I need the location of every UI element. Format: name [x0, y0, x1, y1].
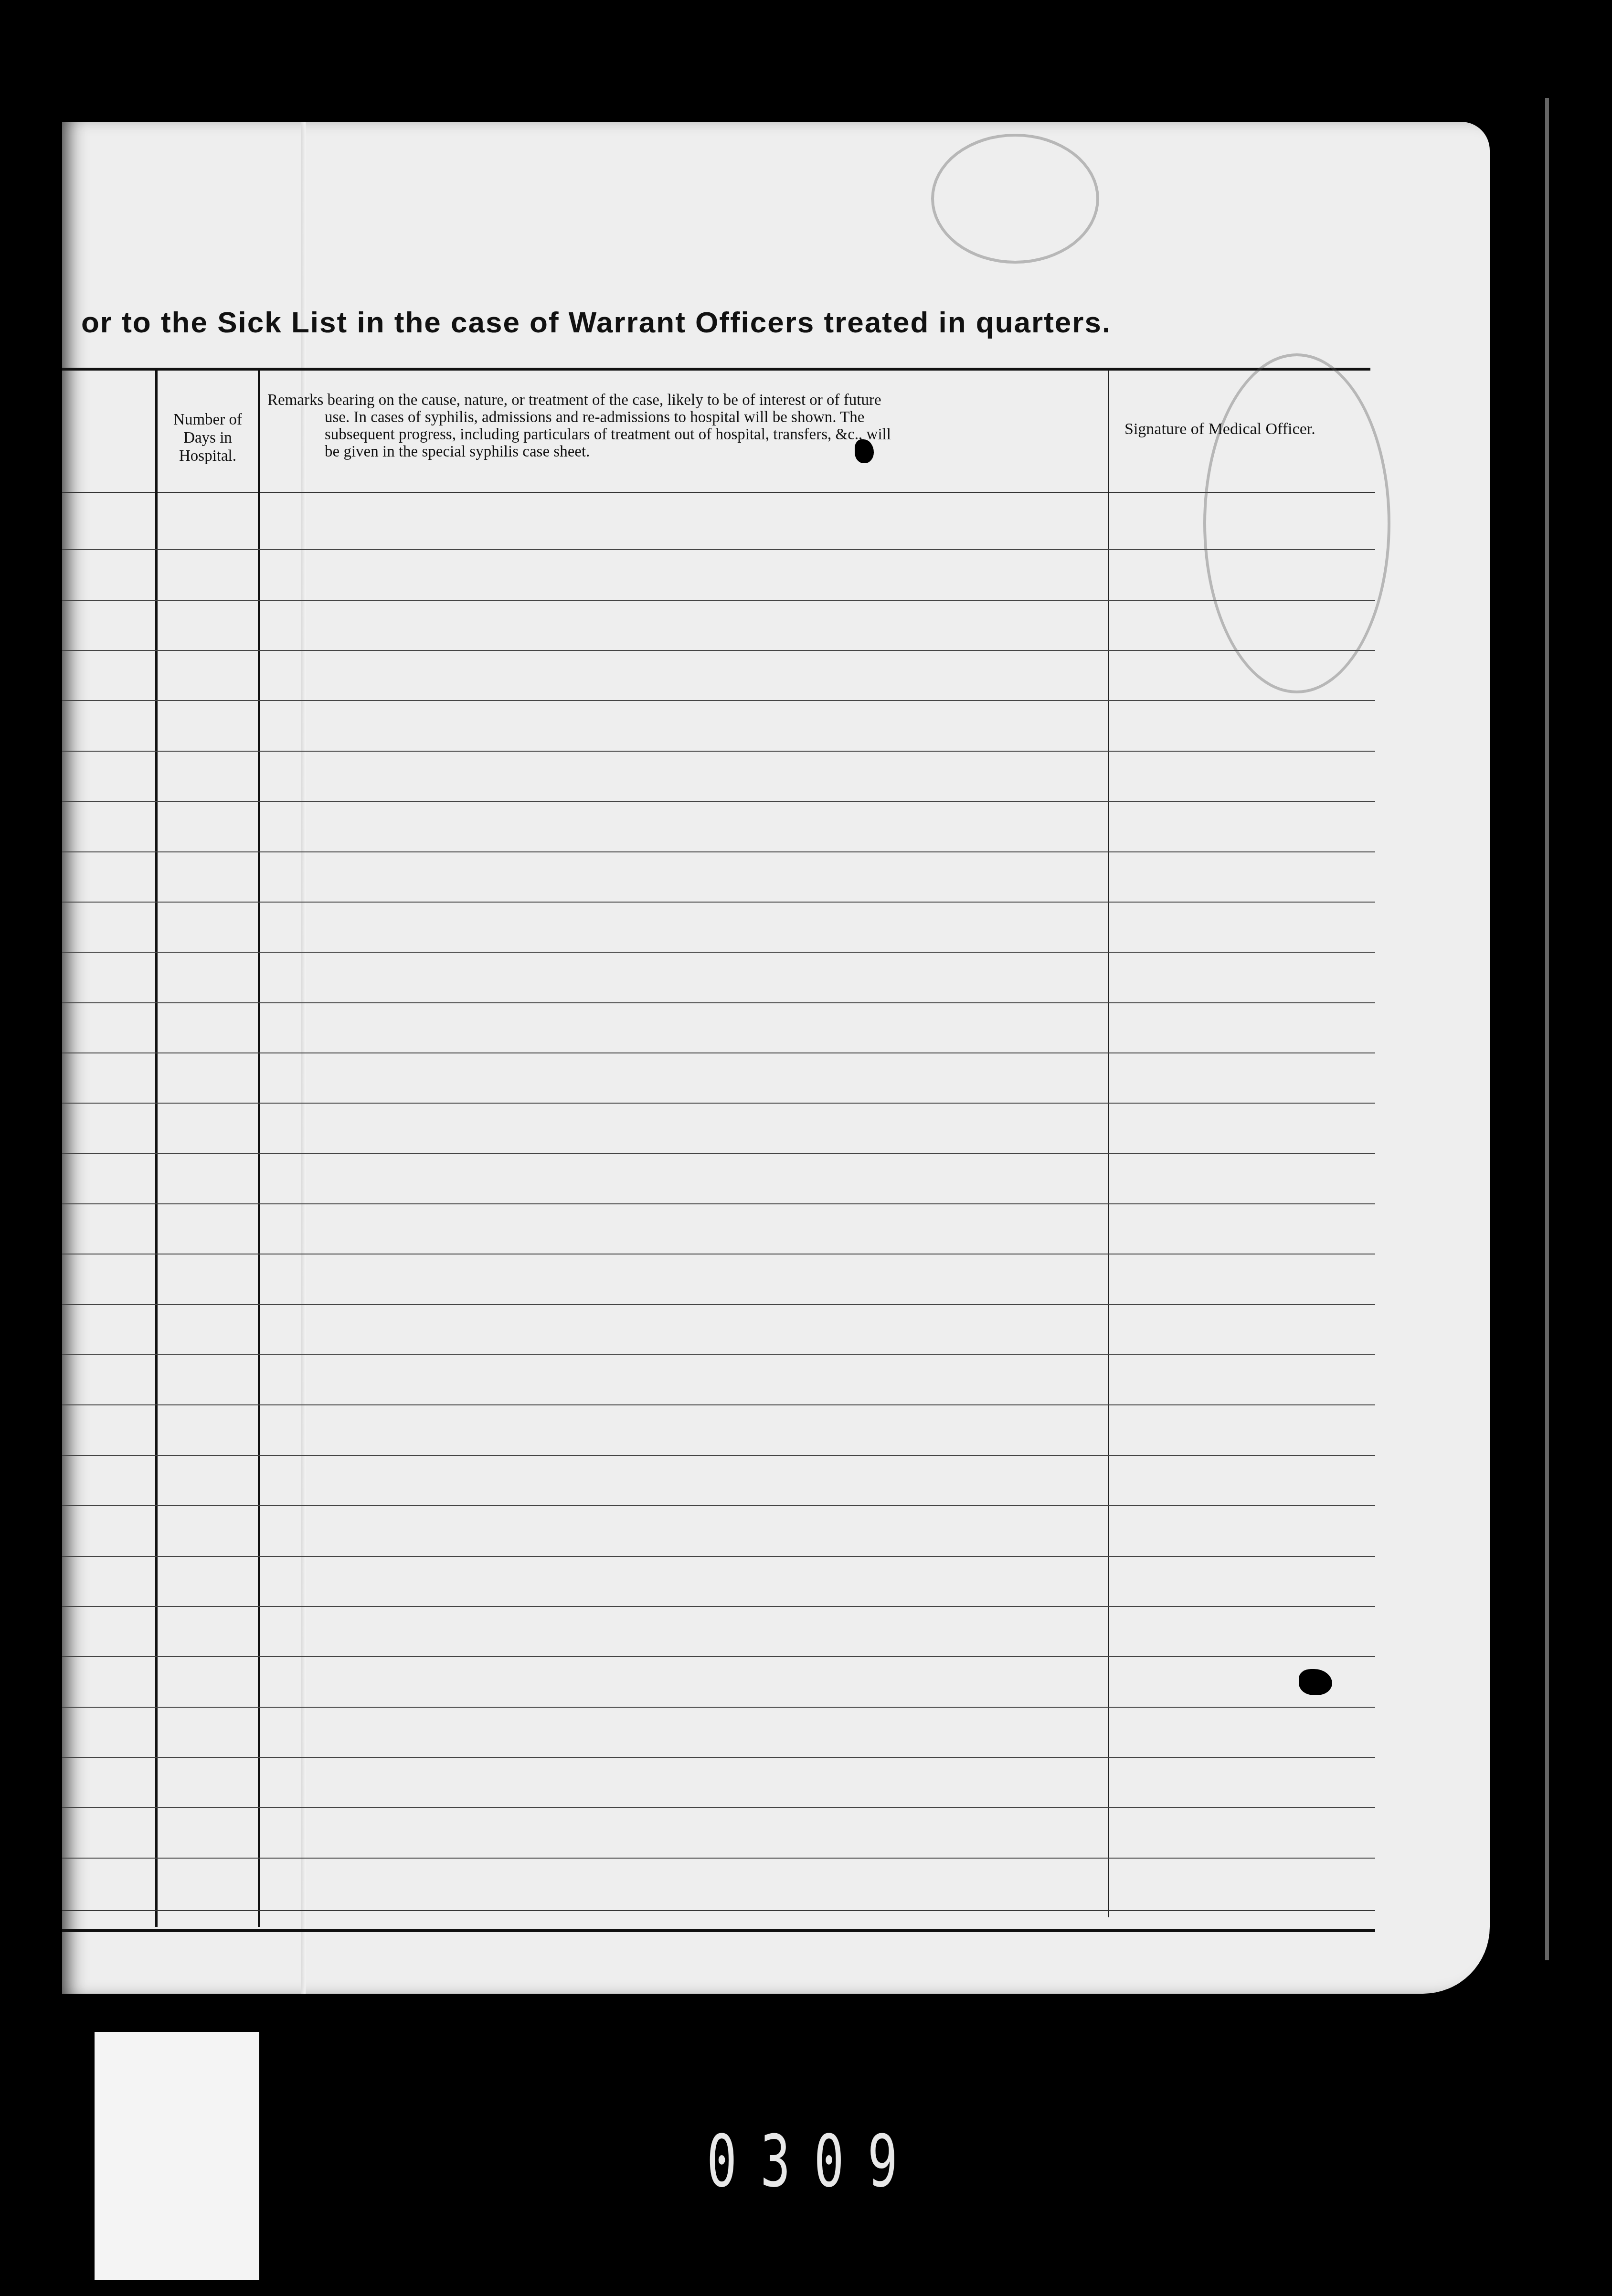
form-row-line	[62, 1254, 1375, 1254]
form-heading: or to the Sick List in the case of Warra…	[81, 306, 1111, 340]
header-remarks-line-4: be given in the special syphilis case sh…	[267, 443, 1093, 460]
water-stain	[1203, 353, 1390, 693]
form-row-line	[62, 1002, 1375, 1003]
column-divider-2	[258, 370, 260, 1927]
header-remarks: Remarks bearing on the cause, nature, or…	[267, 392, 1093, 460]
form-row-line	[62, 1404, 1375, 1405]
form-row-line	[62, 1103, 1375, 1104]
form-row-line	[62, 1858, 1375, 1859]
form-row-line	[62, 1606, 1375, 1607]
form-row-line	[62, 1455, 1375, 1456]
header-days-line-2: Days in	[158, 429, 258, 447]
form-row-line	[62, 1757, 1375, 1758]
form-row-line	[62, 1656, 1375, 1657]
last-row-rule	[62, 1910, 1375, 1911]
form-row-line	[62, 1153, 1375, 1154]
form-row-line	[62, 751, 1375, 752]
form-row-line	[62, 1807, 1375, 1808]
water-stain	[931, 134, 1099, 264]
header-days-in-hospital: Number of Days in Hospital.	[158, 411, 258, 465]
form-row-line	[62, 700, 1375, 701]
form-row-line	[62, 1304, 1375, 1305]
form-row-line	[62, 1556, 1375, 1557]
column-divider-3	[1108, 370, 1109, 1917]
form-row-line	[62, 1707, 1375, 1708]
header-remarks-line-2: use. In cases of syphilis, admissions an…	[267, 409, 1093, 426]
header-days-line-1: Number of	[158, 411, 258, 429]
form-row-line	[62, 902, 1375, 903]
footer-rule	[62, 1929, 1375, 1932]
form-row-line	[62, 600, 1375, 601]
form-row-line	[62, 801, 1375, 802]
ink-blot	[855, 439, 874, 463]
form-row-line	[62, 1052, 1375, 1053]
header-remarks-line-3: subsequent progress, including particula…	[267, 426, 1093, 443]
header-remarks-line-1: Remarks bearing on the cause, nature, or…	[267, 392, 1093, 409]
form-row-line	[62, 952, 1375, 953]
form-row-line	[62, 851, 1375, 852]
column-divider-1	[155, 370, 158, 1927]
index-tab	[95, 2032, 259, 2280]
header-days-line-3: Hospital.	[158, 447, 258, 465]
frame-counter: 0309	[707, 2120, 921, 2203]
form-row-line	[62, 650, 1375, 651]
form-row-line	[62, 1354, 1375, 1355]
page-edge-strip	[1545, 98, 1549, 1960]
form-row-line	[62, 1505, 1375, 1506]
form-row-line	[62, 1203, 1375, 1204]
form-row-line	[62, 549, 1375, 550]
